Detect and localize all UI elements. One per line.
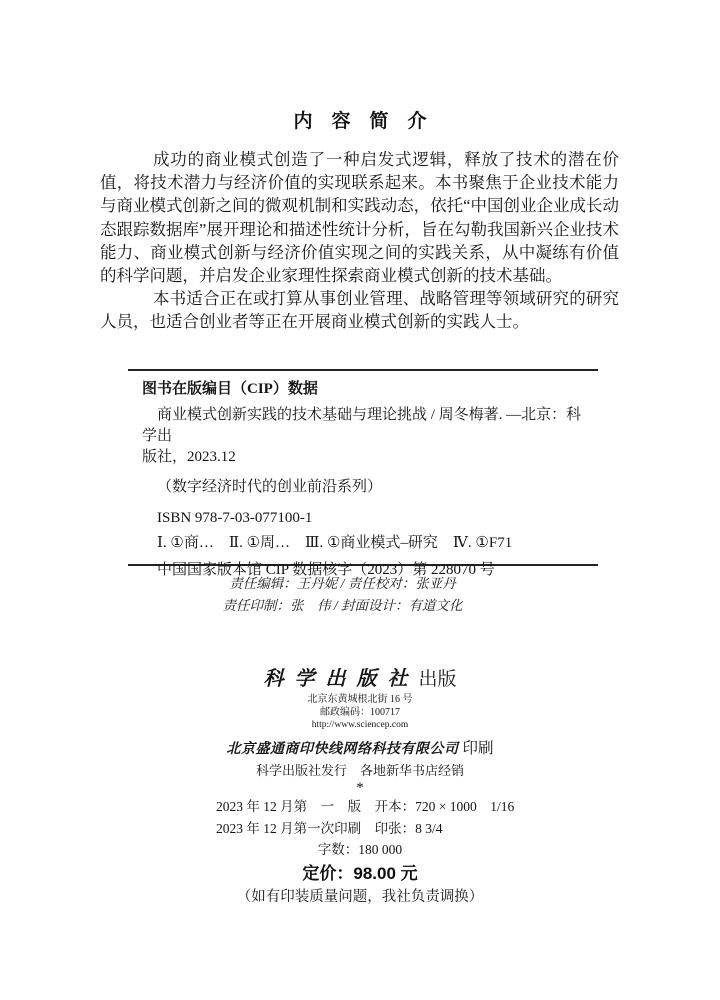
printer-role-label: 印刷 xyxy=(462,740,493,757)
cip-entry-line2: 版社，2023.12 xyxy=(142,447,584,468)
quality-note: （如有印装质量问题，我社负责调换） xyxy=(0,887,720,908)
edition-format-line: 2023 年 12 月第 一 版 开本：720 × 1000 1/16 xyxy=(216,796,720,818)
printer-name: 北京盛通商印快线网络科技有限公司 xyxy=(226,742,458,757)
staff-line-editors: 责任编辑：王丹妮 / 责任校对：张亚丹 xyxy=(105,573,580,595)
staff-line-print-design: 责任印制：张 伟 / 封面设计：有道文化 xyxy=(105,595,580,617)
page-title: 内 容 简 介 xyxy=(0,106,720,133)
publisher-role-label: 出版 xyxy=(418,669,456,690)
intro-paragraph-1: 成功的商业模式创造了一种启发式逻辑，释放了技术的潜在价值，将技术潜力与经济价值的… xyxy=(100,148,619,287)
book-copyright-page: 内 容 简 介 成功的商业模式创造了一种启发式逻辑，释放了技术的潜在价值，将技术… xyxy=(0,0,720,1000)
publisher-address: 北京东黄城根北街 16 号 xyxy=(0,693,720,706)
publisher-website: http://www.sciencep.com xyxy=(0,719,720,732)
publisher-postcode: 邮政编码：100717 xyxy=(0,706,720,719)
cip-classification: Ⅰ. ①商… Ⅱ. ①周… Ⅲ. ①商业模式–研究 Ⅳ. ①F71 xyxy=(142,533,584,554)
cip-entry-line1: 商业模式创新实践的技术基础与理论挑战 / 周冬梅著. —北京：科学出 xyxy=(142,405,584,447)
printer-line: 北京盛通商印快线网络科技有限公司 印刷 xyxy=(0,736,720,756)
cip-isbn: ISBN 978-7-03-077100-1 xyxy=(142,508,584,529)
imprint-block: * 2023 年 12 月第 一 版 开本：720 × 1000 1/16 20… xyxy=(0,780,720,908)
publisher-logotype: 科学出版社 xyxy=(263,668,418,690)
distribution-line: 科学出版社发行 各地新华书店经销 xyxy=(0,762,720,779)
cip-entry: 商业模式创新实践的技术基础与理论挑战 / 周冬梅著. —北京：科学出 版社，20… xyxy=(142,405,584,468)
staff-credits: 责任编辑：王丹妮 / 责任校对：张亚丹 责任印制：张 伟 / 封面设计：有道文化 xyxy=(105,573,580,617)
publisher-block: 科学出版社 出版 北京东黄城根北街 16 号 邮政编码：100717 http:… xyxy=(0,662,720,779)
cip-series-title: （数字经济时代的创业前沿系列） xyxy=(142,477,584,498)
cip-heading: 图书在版编目（CIP）数据 xyxy=(142,379,584,400)
intro-paragraph-2: 本书适合正在或打算从事创业管理、战略管理等领域研究的研究人员，也适合创业者等正在… xyxy=(100,287,619,333)
imprint-rows: 2023 年 12 月第 一 版 开本：720 × 1000 1/16 2023… xyxy=(0,796,720,839)
cip-data-box: 图书在版编目（CIP）数据 商业模式创新实践的技术基础与理论挑战 / 周冬梅著.… xyxy=(128,369,598,566)
printing-sheets-line: 2023 年 12 月第一次印刷 印张：8 3/4 xyxy=(216,818,720,840)
intro-section: 成功的商业模式创造了一种启发式逻辑，释放了技术的潜在价值，将技术潜力与经济价值的… xyxy=(100,148,619,334)
price-line: 定价：98.00 元 xyxy=(0,862,720,886)
divider-star: * xyxy=(0,780,720,796)
word-count-line: 字数：180 000 xyxy=(0,839,720,860)
publisher-name-line: 科学出版社 出版 xyxy=(0,662,720,689)
